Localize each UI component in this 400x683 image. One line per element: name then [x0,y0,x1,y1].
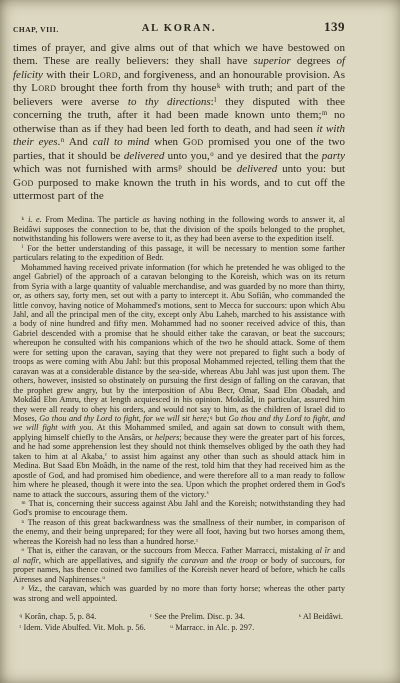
italic-text: i. e. [28,215,42,224]
text-run: which was not furnished with arms [13,163,178,175]
italic-text: helpers [155,433,179,442]
page-number: 139 [324,19,345,35]
text-run: with their [43,69,93,81]
small-caps-text: Lord [93,69,118,81]
note-marker: q [20,613,23,619]
reference-entry: u Marracc. in Alc. p. 297. [170,622,254,633]
note-marker: r [105,452,107,458]
page-header: CHAP, VIII. AL KORAN. 139 [13,20,345,34]
note-marker: p [22,585,25,591]
small-caps-text: God [13,177,34,189]
italic-text: party [322,150,345,162]
note-marker: p [178,164,181,171]
footnote-paragraph: Mohammed having received private informa… [13,263,345,499]
small-caps-text: Lord [31,82,56,94]
book-page-scan: CHAP, VIII. AL KORAN. 139 times of praye… [0,0,400,683]
italic-text: delivered [237,163,278,175]
note-marker: o [210,151,213,158]
footnotes-block: k i. e. From Medina. The particle as hav… [13,215,345,603]
note-marker: n [61,137,64,144]
footnote-paragraph: m That is, concerning their success agai… [13,499,345,518]
text-run: brought thee forth from thy house [56,82,216,94]
note-marker: s [207,490,209,496]
footnote-paragraph: l For the better understanding of this p… [13,244,345,263]
note-marker: k [217,83,220,90]
note-marker: k [22,216,25,222]
text-run: when [149,136,182,148]
italic-text: the troop [227,556,258,565]
text-run: purposed to make known the truth in his … [13,177,345,202]
text-run: unto you: but [277,163,345,175]
note-marker: n [22,519,25,525]
text-run: Mohammed having received private informa… [13,263,345,423]
note-marker: u [170,624,173,630]
italic-text: delivered [124,150,165,162]
text-run: , the caravan, which was guarded by no m… [13,584,345,602]
verse-text-block: times of prayer, and give alms out of th… [13,42,345,203]
italic-text: Viz. [28,584,40,593]
reference-line: t Idem. Vide Abulfed. Vit. Moh. p. 56.u … [13,622,345,633]
text-run: For the better understanding of this pas… [13,244,345,262]
italic-text: al nafîr [13,556,39,565]
reference-entry: q Korân, chap. 5, p. 84. [19,611,96,622]
footnote-paragraph: o That is, either the caravan, or the su… [13,546,345,584]
text-run: degrees [291,55,337,67]
text-run: should be [182,163,236,175]
italic-text: to thy directions [128,96,211,108]
text-run: but [213,414,228,423]
text-run: That is, concerning their success agains… [13,499,345,517]
citation-references-block: q Korân, chap. 5, p. 84.r See the Prelim… [13,611,345,633]
reference-line: q Korân, chap. 5, p. 84.r See the Prelim… [13,611,345,622]
running-title: AL KORAN. [13,23,345,34]
note-marker: l [214,97,216,104]
reference-entry: r See the Prelim. Disc. p. 34. [150,611,245,622]
reference-entry: s Al Beidâwi. [298,611,343,622]
footnote-paragraph: p Viz., the caravan, which was guarded b… [13,584,345,603]
text-run: From Medina. The particle [42,215,143,224]
text-run: , which are appellatives, and signify [39,556,168,565]
note-marker: t [20,624,21,630]
italic-text: superior [254,55,291,67]
italic-text: as [143,215,150,224]
footnote-paragraph: k i. e. From Medina. The particle as hav… [13,215,345,243]
text-run: and [330,546,345,555]
footnote-paragraph: n The reason of this great backwardness … [13,518,345,546]
italic-text: the caravan [168,556,209,565]
note-marker: m [22,500,26,506]
text-run: The reason of this great backwardness wa… [13,518,345,546]
reference-entry: t Idem. Vide Abulfed. Vit. Moh. p. 56. [19,622,146,633]
italic-text: al îr [315,546,330,555]
note-marker: m [322,110,327,117]
verse-paragraph: times of prayer, and give alms out of th… [13,42,345,203]
italic-text: call to mind [93,136,150,148]
note-marker: l [22,244,23,250]
text-run: and [208,556,226,565]
text-run: . [58,136,61,148]
note-marker: u [102,575,105,581]
text-run: unto you, [164,150,209,162]
page-content: CHAP, VIII. AL KORAN. 139 times of praye… [13,20,345,633]
text-run: and ye desired that the [214,150,322,162]
small-caps-text: God [183,136,204,148]
note-marker: o [22,547,25,553]
note-marker: s [299,613,301,619]
text-run: And [65,136,93,148]
text-run: That is, either the caravan, or the succ… [25,546,316,555]
note-marker: t [196,538,197,544]
note-marker: r [150,613,152,619]
italic-text: Go thou and thy Lord to fight, for we wi… [39,414,209,423]
